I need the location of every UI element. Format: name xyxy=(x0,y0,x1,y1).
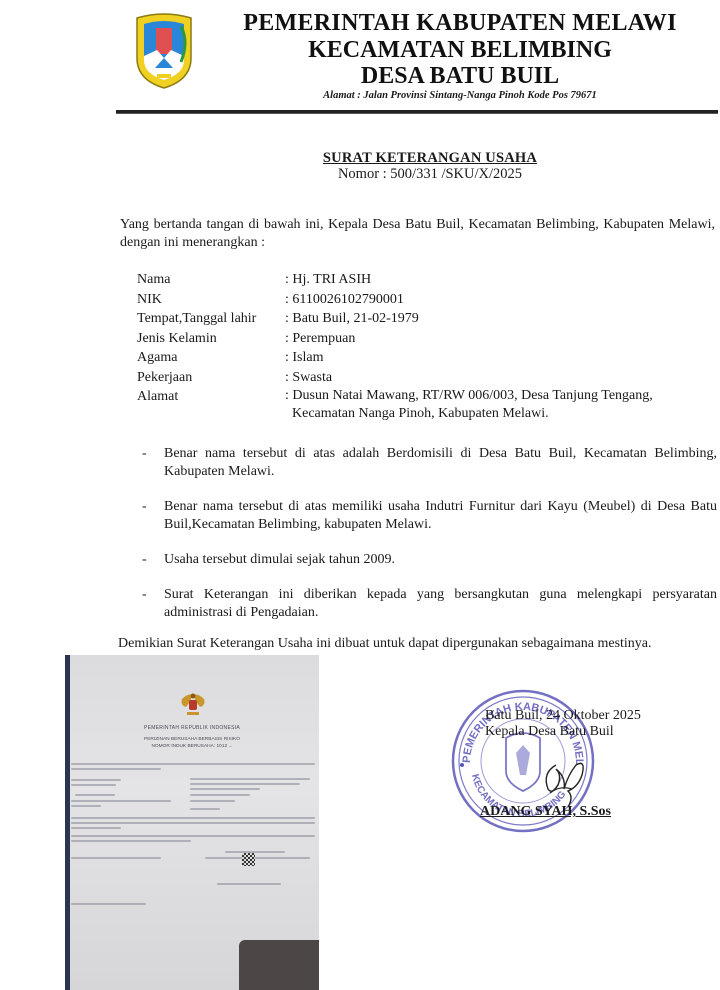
field-label: Alamat xyxy=(137,387,285,425)
blurred-text-line xyxy=(190,808,220,810)
photo-shadow xyxy=(239,940,319,990)
blurred-text-line xyxy=(217,883,281,885)
field-row-religion: Agama : Islam xyxy=(137,348,715,368)
blurred-text-line xyxy=(71,779,121,781)
qr-code-icon xyxy=(242,853,255,866)
field-value: : Swasta xyxy=(285,368,715,388)
blurred-text-line xyxy=(190,783,300,785)
field-label: Tempat,Tanggal lahir xyxy=(137,309,285,329)
letterhead-district: KECAMATAN BELIMBING xyxy=(200,37,720,64)
field-label: Jenis Kelamin xyxy=(137,329,285,349)
blurred-text-line xyxy=(190,800,235,802)
statement-item: - Surat Keterangan ini diberikan kepada … xyxy=(142,586,717,622)
blurred-text-line xyxy=(71,903,146,905)
handwritten-signature-icon xyxy=(538,755,593,810)
document-number: Nomor : 500/331 /SKU/X/2025 xyxy=(280,166,580,183)
bullet-dash: - xyxy=(142,551,164,569)
field-value: : Perempuan xyxy=(285,329,715,349)
closing-paragraph: Demikian Surat Keterangan Usaha ini dibu… xyxy=(118,636,718,652)
blurred-text-line xyxy=(71,784,116,786)
photo-heading-2: PERIZINAN BERUSAHA BERBASIS RISIKO xyxy=(65,737,319,742)
blurred-text-line xyxy=(71,857,161,859)
letterhead-regency: PEMERINTAH KABUPATEN MELAWI xyxy=(200,10,720,37)
field-row-birth: Tempat,Tanggal lahir : Batu Buil, 21-02-… xyxy=(137,309,715,329)
field-value: : 6110026102790001 xyxy=(285,290,715,310)
blurred-text-line xyxy=(71,805,101,807)
field-row-nik: NIK : 6110026102790001 xyxy=(137,290,715,310)
signatory-name: ADANG SYAH, S.Sos xyxy=(480,804,611,820)
blurred-text-line xyxy=(190,788,260,790)
blurred-text-line xyxy=(71,827,121,829)
statement-text: Surat Keterangan ini diberikan kepada ya… xyxy=(164,586,717,622)
letterhead-divider xyxy=(116,110,718,114)
statement-text: Benar nama tersebut di atas memiliki usa… xyxy=(164,498,717,534)
field-value: : Dusun Natai Mawang, RT/RW 006/003, Des… xyxy=(285,387,715,425)
blurred-text-line xyxy=(205,857,310,859)
field-row-gender: Jenis Kelamin : Perempuan xyxy=(137,329,715,349)
address-line-1: : Dusun Natai Mawang, RT/RW 006/003, Des… xyxy=(285,387,715,405)
garuda-emblem-icon xyxy=(178,691,208,719)
blurred-text-line xyxy=(190,794,250,796)
photo-edge xyxy=(65,655,70,990)
blurred-text-line xyxy=(225,851,285,853)
statement-text: Usaha tersebut dimulai sejak tahun 2009. xyxy=(164,551,717,569)
blurred-text-line xyxy=(71,763,315,765)
signature-role: Kepala Desa Batu Buil xyxy=(485,724,614,740)
statement-list: - Benar nama tersebut di atas adalah Ber… xyxy=(142,445,717,639)
blurred-text-line xyxy=(71,835,315,837)
blurred-text-line xyxy=(71,800,171,802)
statement-item: - Benar nama tersebut di atas adalah Ber… xyxy=(142,445,717,481)
blurred-text-line xyxy=(71,840,191,842)
bullet-dash: - xyxy=(142,586,164,622)
blurred-text-line xyxy=(190,778,310,780)
blurred-text-line xyxy=(71,822,315,824)
address-line-2: Kecamatan Nanga Pinoh, Kabupaten Melawi. xyxy=(285,405,715,423)
bullet-dash: - xyxy=(142,445,164,481)
field-label: NIK xyxy=(137,290,285,310)
statement-item: - Benar nama tersebut di atas memiliki u… xyxy=(142,498,717,534)
photo-heading-3: NOMOR INDUK BERUSAHA: 1012 ... xyxy=(65,744,319,749)
document-title: SURAT KETERANGAN USAHA xyxy=(280,150,580,167)
blurred-text-line xyxy=(71,817,315,819)
field-label: Pekerjaan xyxy=(137,368,285,388)
letterhead-address: Alamat : Jalan Provinsi Sintang-Nanga Pi… xyxy=(200,90,720,101)
field-label: Agama xyxy=(137,348,285,368)
field-row-occupation: Pekerjaan : Swasta xyxy=(137,368,715,388)
field-label: Nama xyxy=(137,270,285,290)
signature-place-date: Batu Buil, 24 Oktober 2025 xyxy=(485,708,641,724)
statement-item: - Usaha tersebut dimulai sejak tahun 200… xyxy=(142,551,717,569)
field-row-address: Alamat : Dusun Natai Mawang, RT/RW 006/0… xyxy=(137,387,715,425)
field-value: : Islam xyxy=(285,348,715,368)
field-value: : Batu Buil, 21-02-1979 xyxy=(285,309,715,329)
identity-fields: Nama : Hj. TRI ASIH NIK : 61100261027900… xyxy=(137,270,715,425)
photo-heading-1: PEMERINTAH REPUBLIK INDONESIA xyxy=(65,725,319,731)
attached-photo-nib-document: PEMERINTAH REPUBLIK INDONESIA PERIZINAN … xyxy=(65,655,319,990)
field-row-nama: Nama : Hj. TRI ASIH xyxy=(137,270,715,290)
letterhead-village: DESA BATU BUIL xyxy=(200,63,720,90)
blurred-text-line xyxy=(71,768,161,770)
intro-paragraph: Yang bertanda tangan di bawah ini, Kepal… xyxy=(120,216,715,252)
field-value: : Hj. TRI ASIH xyxy=(285,270,715,290)
blurred-text-line xyxy=(75,794,115,796)
statement-text: Benar nama tersebut di atas adalah Berdo… xyxy=(164,445,717,481)
regency-coat-of-arms-icon xyxy=(133,12,195,90)
bullet-dash: - xyxy=(142,498,164,534)
